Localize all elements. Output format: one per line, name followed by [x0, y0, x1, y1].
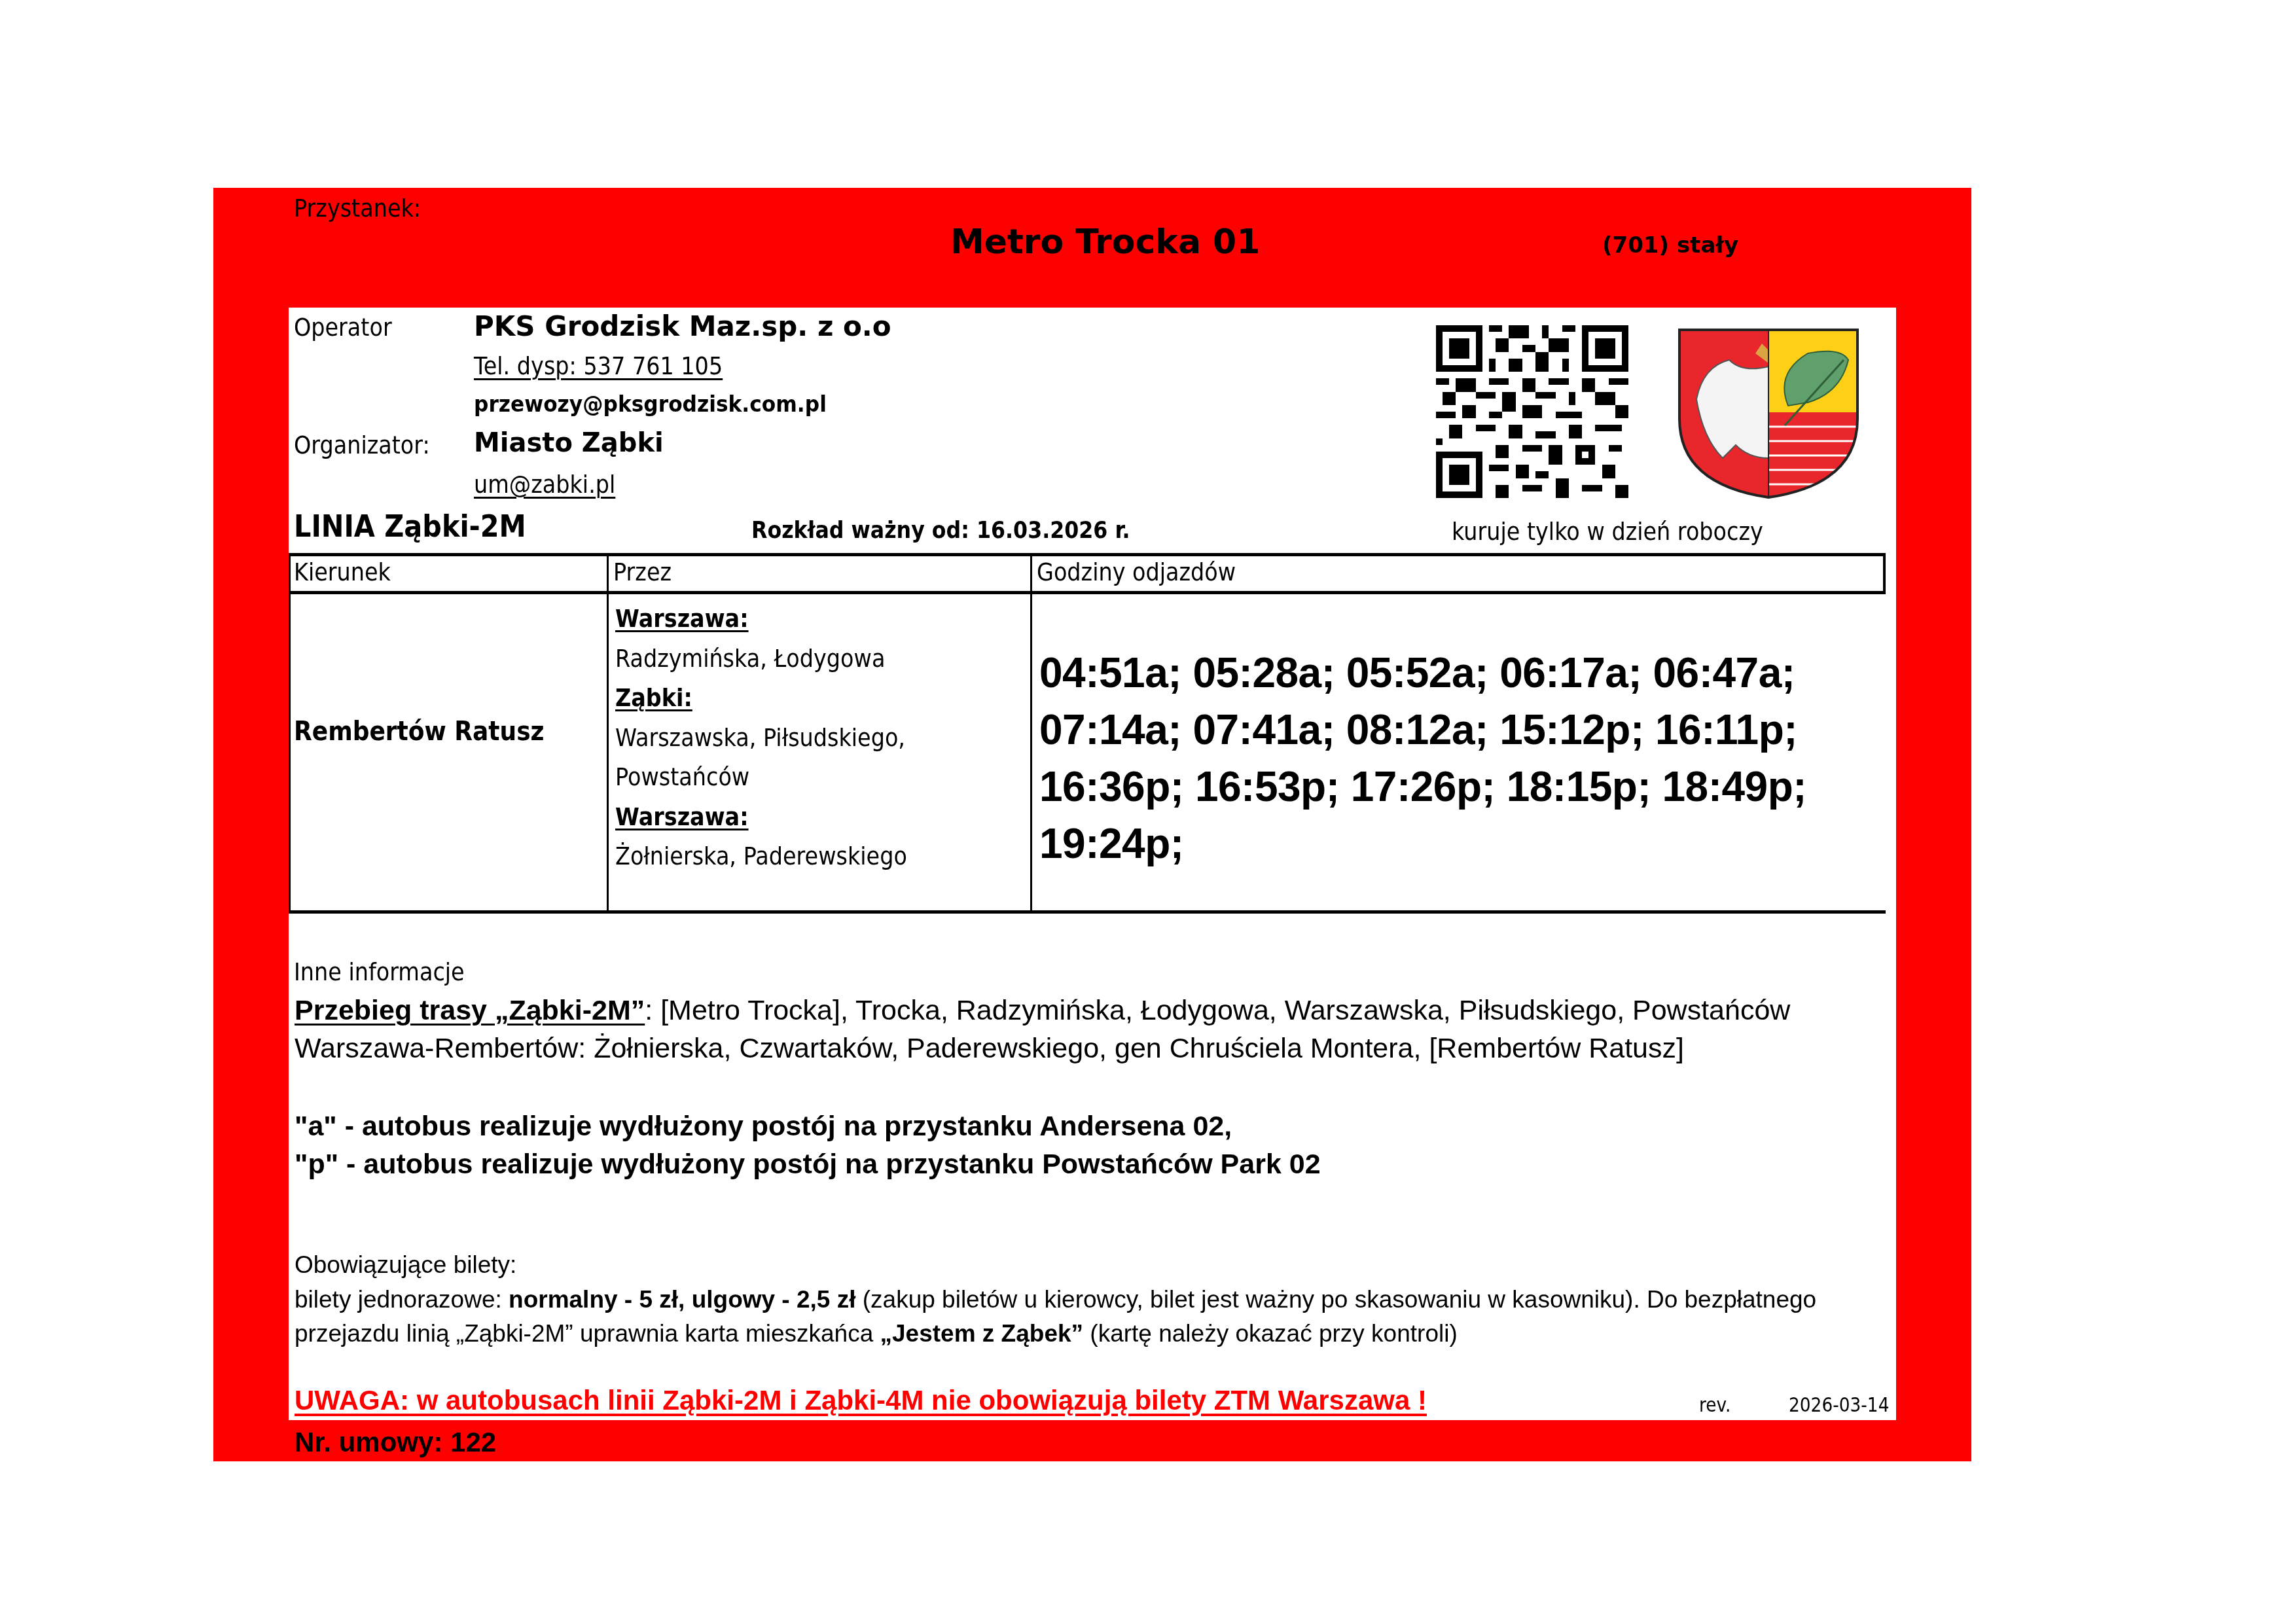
- via-streets: Żołnierska, Paderewskiego: [615, 836, 907, 876]
- departure-time: 17:26p;: [1351, 763, 1507, 810]
- direction-name: Rembertów Ratusz: [294, 717, 545, 747]
- ztm-warning: UWAGA: w autobusach linii Ząbki-2M i Ząb…: [295, 1385, 1427, 1416]
- organizer-email-link[interactable]: um@zabki.pl: [474, 470, 615, 499]
- operator-phone-link[interactable]: Tel. dysp: 537 761 105: [474, 351, 723, 380]
- zabki-coat-of-arms-icon: [1677, 327, 1860, 500]
- stop-code: (701) stały: [1602, 232, 1738, 259]
- table-header-border: [289, 591, 1886, 594]
- departure-time: 04:51a;: [1039, 649, 1193, 696]
- departure-time: 05:52a;: [1346, 649, 1499, 696]
- contract-number: Nr. umowy: 122: [295, 1427, 496, 1458]
- stop-label: Przystanek:: [294, 194, 421, 223]
- operator-email[interactable]: przewozy@pksgrodzisk.com.pl: [474, 391, 827, 418]
- tickets-prefix: bilety jednorazowe:: [295, 1286, 509, 1313]
- operator-label: Operator: [294, 313, 392, 342]
- departure-time: 06:47a;: [1653, 649, 1795, 696]
- revision-label: rev.: [1699, 1394, 1731, 1417]
- via-streets: Radzymińska, Łodygowa: [615, 639, 907, 679]
- departure-time: 05:28a;: [1193, 649, 1346, 696]
- table-right-border: [1883, 553, 1886, 594]
- via-city: Warszawa:: [615, 599, 907, 639]
- tickets-description: bilety jednorazowe: normalny - 5 zł, ulg…: [295, 1283, 1885, 1351]
- departure-time: 18:49p;: [1662, 763, 1807, 810]
- note-a: "a" - autobus realizuje wydłużony postój…: [295, 1107, 1885, 1145]
- departure-times: 04:51a; 05:28a; 05:52a; 06:17a; 06:47a; …: [1039, 645, 1890, 872]
- via-streets: Warszawska, Piłsudskiego,: [615, 718, 907, 758]
- valid-from: Rozkład ważny od: 16.03.2026 r.: [751, 517, 1130, 544]
- qr-code-icon[interactable]: [1435, 325, 1629, 498]
- table-top-border: [289, 553, 1886, 556]
- header-departures: Godziny odjazdów: [1037, 558, 1236, 586]
- tickets-title: Obowiązujące bilety:: [295, 1251, 516, 1279]
- departure-time: 16:11p;: [1655, 706, 1797, 753]
- departure-time: 19:24p;: [1039, 820, 1184, 867]
- operator-name: PKS Grodzisk Maz.sp. z o.o: [474, 310, 891, 342]
- departure-time: 16:53p;: [1195, 763, 1351, 810]
- header-via: Przez: [613, 558, 672, 586]
- table-bottom-border: [289, 910, 1886, 914]
- column-divider-2: [1030, 553, 1032, 913]
- revision-date: 2026-03-14: [1789, 1394, 1889, 1417]
- line-name: LINIA Ząbki-2M: [294, 508, 526, 544]
- departure-time: 16:36p;: [1039, 763, 1195, 810]
- column-divider-1: [607, 553, 609, 913]
- info-title: Inne informacje: [294, 957, 465, 986]
- route-description: Przebieg trasy „Ząbki-2M”: [Metro Trocka…: [295, 991, 1885, 1067]
- via-list: Warszawa:Radzymińska, ŁodygowaZąbki:Wars…: [615, 599, 907, 876]
- departure-time: 06:17a;: [1499, 649, 1653, 696]
- via-city: Ząbki:: [615, 678, 907, 718]
- departure-time: 07:14a;: [1039, 706, 1193, 753]
- route-label: Przebieg trasy „Ząbki-2M”: [295, 995, 645, 1026]
- organizer-name: Miasto Ząbki: [474, 428, 664, 458]
- departure-time: 07:41a;: [1193, 706, 1346, 753]
- note-p: "p" - autobus realizuje wydłużony postój…: [295, 1145, 1885, 1183]
- via-streets: Powstańców: [615, 757, 907, 797]
- header-direction: Kierunek: [294, 558, 391, 586]
- via-city: Warszawa:: [615, 797, 907, 837]
- organizer-label: Organizator:: [294, 431, 430, 459]
- stop-name: Metro Trocka 01: [950, 223, 1260, 262]
- departure-time: 08:12a;: [1346, 706, 1499, 753]
- departure-time: 18:15p;: [1507, 763, 1662, 810]
- operating-days: kuruje tylko w dzień roboczy: [1452, 517, 1763, 546]
- resident-card-name: „Jestem z Ząbek”: [880, 1320, 1084, 1347]
- ticket-prices: normalny - 5 zł, ulgowy - 2,5 zł: [509, 1286, 855, 1313]
- resident-card-note: (kartę należy okazać przy kontroli): [1083, 1320, 1458, 1347]
- departure-time: 15:12p;: [1499, 706, 1655, 753]
- table-left-border: [289, 553, 291, 913]
